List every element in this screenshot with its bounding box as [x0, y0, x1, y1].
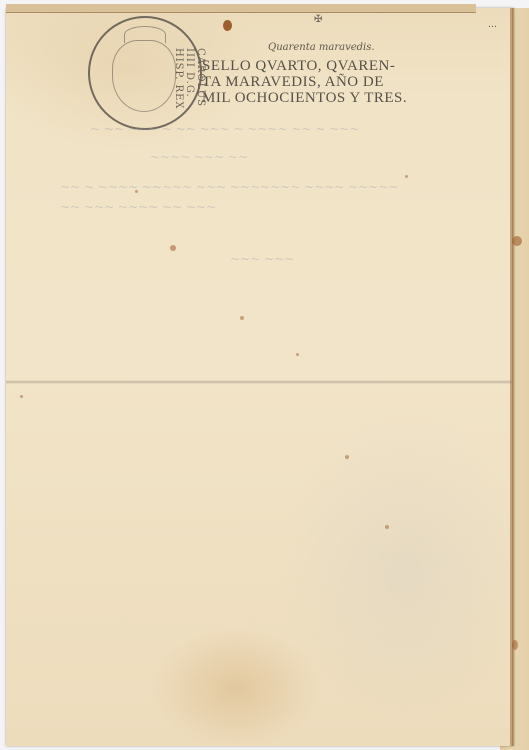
bleedthrough-line: ~~ ~~~ ~~~~ ~~ ~~~: [60, 200, 216, 214]
foxing-spot: [405, 175, 408, 178]
bleedthrough-line: ~~~~ ~~~ ~~: [150, 150, 248, 164]
ink-stain: [223, 20, 232, 31]
paper-sheet: [6, 8, 514, 746]
handwritten-header: Quarenta maravedis.: [268, 42, 375, 53]
corner-annotation: …: [488, 20, 497, 30]
stamp-line-3: MIL OCHOCIENTOS Y TRES.: [202, 90, 452, 106]
foxing-spot: [385, 525, 389, 529]
coat-of-arms-icon: [112, 40, 176, 112]
foxing-spot: [170, 245, 176, 251]
foxing-spot: [345, 455, 349, 459]
binding-spine: [510, 8, 513, 746]
foxing-spot: [20, 395, 23, 398]
stamp-line-1: SELLO QVARTO, QVAREN-: [202, 58, 452, 74]
cross-mark-icon: ✠: [314, 14, 322, 25]
foxing-spot: [135, 190, 138, 193]
bleedthrough-line: ~~~ ~~~: [230, 252, 294, 266]
worn-top-edge: [6, 4, 476, 13]
stamp-text-block: SELLO QVARTO, QVAREN- TA MARAVEDIS, AÑO …: [202, 58, 452, 106]
bleedthrough-line: ~ ~~ ~~~ ~ ~~ ~~~ ~ ~~~~ ~~ ~ ~~~: [90, 122, 359, 136]
foxing-spot: [512, 236, 522, 246]
foxing-spot: [512, 640, 518, 650]
foxing-spot: [296, 353, 299, 356]
foxing-spot: [240, 316, 244, 320]
bleedthrough-line: ~~ ~ ~~~~ ~~~~~ ~~~ ~~~~~~~ ~~~~ ~~~~~: [60, 180, 398, 194]
stamp-line-2: TA MARAVEDIS, AÑO DE: [202, 74, 452, 90]
horizontal-fold-line: [6, 380, 512, 384]
royal-seal: CAROLUS IIII D.G. HISP. REX: [88, 16, 202, 130]
